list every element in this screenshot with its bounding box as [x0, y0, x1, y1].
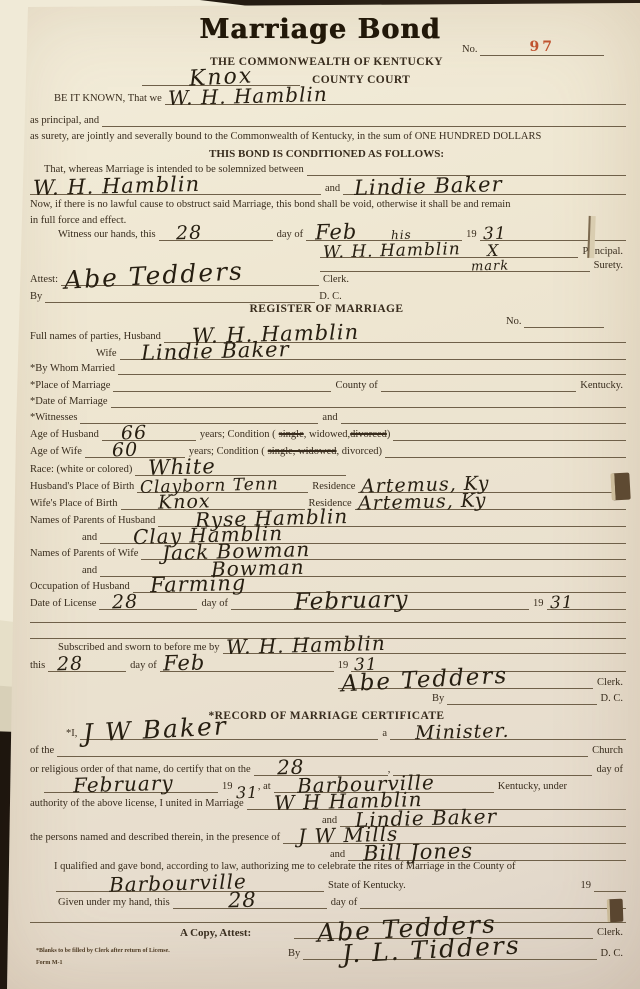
officiant-title-line: Minister.	[390, 726, 626, 740]
presence-row: the persons named and described therein,…	[30, 827, 626, 844]
marriage-bond-page: Marriage Bond No. 97 THE COMMONWEALTH OF…	[0, 0, 640, 989]
principal-name-line: W. H. Hamblin	[165, 90, 626, 105]
sworn-day-line: 28	[48, 658, 126, 672]
footnote-text: *Blanks to be filled by Clerk after retu…	[36, 947, 276, 955]
day-of-label: day of	[273, 229, 307, 241]
handwritten-witness-day: 28	[176, 230, 202, 237]
authority-row: authority of the above license, I united…	[30, 793, 626, 810]
qualified-county-line: Barbourville	[56, 877, 324, 892]
surety-clause-row: as surety, are jointly and severally bou…	[30, 128, 626, 143]
condition-wife-line	[385, 457, 626, 458]
i-label: *I,	[66, 728, 80, 740]
couple-names-row: W. H. Hamblin and Lindie Baker	[30, 178, 626, 195]
handwritten-x-mark: X	[487, 248, 500, 254]
handwritten-witness2: Bill Jones	[363, 848, 473, 857]
register-wife-line: Lindie Baker	[120, 345, 626, 360]
witness-year-line: 31	[480, 228, 626, 241]
church-row: of the Church	[30, 742, 626, 757]
county-court-row: Knox COUNTY COURT	[30, 68, 626, 86]
of-the-label: of the	[30, 745, 57, 757]
handwritten-clerk-signature: Abe Tedders	[64, 268, 244, 283]
condition-widowed-label: , widowed,	[304, 429, 350, 441]
form-number: Form M-1	[36, 959, 276, 967]
handwritten-principal-name: W. H. Hamblin	[168, 91, 328, 101]
husband-birth-row: Husband's Place of Birth Clayborn Tenn R…	[30, 476, 626, 493]
age-of-wife-label: Age of Wife	[30, 446, 85, 458]
bride-name-line: Lindie Baker	[343, 180, 626, 195]
at-label: , at	[258, 781, 274, 793]
handwritten-wife-birth: Knox	[157, 498, 210, 505]
register-by-label: By	[432, 693, 447, 705]
officiant-signature-line: J W Baker	[80, 724, 378, 740]
register-by-row: By D. C.	[30, 690, 626, 705]
principal-blank-line	[102, 126, 626, 127]
handwritten-witness-month: Feb	[315, 228, 357, 235]
attest-signature-line: Abe Tedders	[61, 270, 319, 286]
wife-label: Wife	[96, 348, 120, 360]
condition-husband-line	[393, 440, 626, 441]
scan-artifact-paper-sliver	[587, 216, 595, 258]
handwritten-witness1: J W Mills	[298, 831, 398, 840]
handwritten-county: Knox	[189, 73, 253, 82]
handwritten-race: White	[148, 463, 216, 471]
conditioned-heading: THIS BOND IS CONDITIONED AS FOLLOWS:	[209, 148, 447, 160]
date-of-marriage-line	[111, 407, 626, 408]
qualified-row: I qualified and gave bond, according to …	[30, 858, 626, 873]
and-label: and	[321, 183, 343, 195]
age-of-wife-row: Age of Wife 60 years; Condition (single,…	[30, 443, 626, 458]
handwritten-officiant-title: Minister.	[415, 728, 510, 736]
by-whom-married-row: *By Whom Married	[30, 360, 626, 375]
certify-day-of-label: day of	[592, 764, 626, 776]
qualified-text: I qualified and gave bond, according to …	[54, 861, 515, 873]
race-label: Race: (white or colored)	[30, 464, 135, 476]
date-of-marriage-label: *Date of Marriage	[30, 396, 111, 408]
by-whom-married-line	[118, 374, 626, 375]
handwritten-his: his	[391, 232, 412, 239]
officiant-row: *I, J W Baker a Minister.	[30, 722, 626, 740]
be-it-known-row: BE IT KNOWN, That we W. H. Hamblin	[30, 90, 626, 105]
attest-label: Attest:	[30, 274, 61, 286]
witnesses-line-1	[80, 423, 318, 424]
date-of-marriage-row: *Date of Marriage	[30, 393, 626, 408]
certificate-year-printed: 19	[218, 781, 236, 793]
church-line	[57, 756, 588, 757]
mother-husband-row: and Clay Hamblin	[30, 527, 626, 544]
wife-birth-label: Wife's Place of Birth	[30, 498, 121, 510]
handwritten-subscribed-name: W. H. Hamblin	[225, 640, 385, 650]
handwritten-occupation: Farming	[150, 580, 246, 589]
handwritten-officiant-name: J W Baker	[83, 723, 228, 737]
handwritten-sworn-year: 31	[354, 662, 378, 669]
race-row: Race: (white or colored) White	[30, 459, 626, 476]
county-of-line	[381, 391, 576, 392]
church-label: Church	[588, 745, 626, 757]
wife-residence-line: Artemus, Ky	[355, 496, 626, 510]
handwritten-wife-residence: Artemus, Ky	[358, 497, 487, 506]
commonwealth-row: THE COMMONWEALTH OF KENTUCKY	[30, 53, 626, 68]
full-names-row: Full names of parties, Husband W. H. Ham…	[30, 326, 626, 343]
wife-name-row: Wife Lindie Baker	[30, 343, 626, 360]
as-principal-row: as principal, and	[30, 112, 626, 127]
witnesses-line-2	[341, 423, 626, 424]
sworn-month-line: Feb	[160, 657, 334, 672]
mother-wife-row: and Bowman	[30, 560, 626, 577]
copy-attest-label: A Copy, Attest:	[180, 927, 254, 939]
handwritten-age-of-wife: 60	[112, 447, 138, 454]
handwritten-certify-day: 28	[277, 764, 305, 771]
parents-wife-label: Names of Parents of Wife	[30, 548, 141, 560]
handwritten-register-clerk-signature: Abe Tedders	[341, 673, 508, 688]
place-of-marriage-row: *Place of Marriage County of Kentucky.	[30, 377, 626, 392]
handwritten-given-day: 28	[228, 897, 257, 904]
register-clerk-signature-row: Abe Tedders Clerk.	[30, 671, 626, 689]
form-footnote: *Blanks to be filled by Clerk after retu…	[36, 947, 276, 967]
presence-label: the persons named and described therein,…	[30, 832, 283, 844]
divider-line-1	[30, 608, 626, 623]
age-of-husband-label: Age of Husband	[30, 429, 102, 441]
void-clause-text-1: Now, if there is no lawful cause to obst…	[30, 199, 510, 211]
witness-day-line: 28	[159, 227, 273, 241]
void-clause-row-1: Now, if there is no lawful cause to obst…	[30, 196, 626, 211]
parents-husband-row: Names of Parents of Husband Ryse Hamblin	[30, 510, 626, 527]
sworn-date-row: this 28 day of Feb 19 31	[30, 655, 626, 672]
be-it-known-label: BE IT KNOWN, That we	[54, 93, 165, 105]
register-heading: REGISTER OF MARRIAGE	[250, 303, 407, 315]
condition-single-struck: single	[279, 429, 304, 441]
given-day-line: 28	[173, 894, 327, 909]
witnesses-and-label: and	[318, 412, 340, 424]
scan-artifact-clip-top	[610, 473, 630, 501]
handwritten-groom-name: W. H. Hamblin	[33, 181, 200, 191]
copy-attest-row: A Copy, Attest: Abe Tedders Clerk.	[30, 920, 626, 939]
husband-birth-label: Husband's Place of Birth	[30, 481, 137, 493]
condition-open-label: years; Condition (	[196, 429, 279, 441]
handwritten-husband-residence: Artemus, Ky	[361, 480, 490, 489]
scan-artifact-clip-bottom	[607, 899, 624, 923]
as-principal-label: as principal, and	[30, 115, 102, 127]
handwritten-sworn-month: Feb	[163, 659, 205, 666]
given-year-printed: 19	[581, 880, 595, 892]
place-of-marriage-label: *Place of Marriage	[30, 380, 113, 392]
handwritten-license-day: 28	[112, 599, 138, 606]
handwritten-age-of-husband: 66	[121, 430, 147, 437]
residence-label-1: Residence	[308, 481, 358, 493]
a-label: a	[378, 728, 390, 740]
state-of-kentucky-label: State of Kentucky.	[324, 880, 409, 892]
surety-clause-text: as surety, are jointly and severally bou…	[30, 131, 541, 143]
handwritten-witness-year: 31	[483, 231, 507, 238]
authority-label: authority of the above license, I united…	[30, 798, 247, 810]
clerk-label: Clerk.	[319, 274, 352, 286]
certificate-heading: *RECORD OF MARRIAGE CERTIFICATE	[209, 710, 448, 722]
handwritten-license-year: 31	[549, 600, 573, 607]
year-printed-label: 19	[462, 229, 480, 241]
register-by-line	[447, 704, 596, 705]
copy-clerk-label: Clerk.	[593, 927, 626, 939]
kentucky-label: Kentucky.	[576, 380, 626, 392]
race-line: White	[135, 461, 346, 476]
handwritten-certificate-month: February	[73, 780, 174, 789]
witnesses-label: *Witnesses	[30, 412, 80, 424]
condition-divorced-struck: divorced	[350, 429, 387, 441]
handwritten-bride-name: Lindie Baker	[354, 181, 503, 191]
handwritten-license-month: February	[294, 597, 409, 606]
subscribed-name-line: W. H. Hamblin	[223, 639, 626, 654]
parents-wife-row: Names of Parents of Wife Jack Bowman	[30, 543, 626, 560]
subscribed-row: Subscribed and sworn to before me by W. …	[30, 637, 626, 654]
given-row: Given under my hand, this 28 day of	[30, 892, 626, 909]
by-whom-married-label: *By Whom Married	[30, 363, 118, 375]
handwritten-united-groom: W H Hamblin	[274, 796, 423, 806]
copy-by-label: By	[288, 948, 303, 960]
register-dc-label: D. C.	[597, 693, 626, 705]
attest-row: Attest: Abe Tedders Clerk.	[30, 268, 626, 286]
bond-number-value: 97	[529, 44, 554, 50]
register-clerk-label: Clerk.	[593, 677, 626, 689]
handwritten-register-wife: Lindie Baker	[141, 346, 290, 356]
principal-signature-row: W. H. HamblinX Principal.	[30, 241, 626, 258]
county-of-label: County of	[331, 380, 380, 392]
register-clerk-signature-line: Abe Tedders	[338, 674, 593, 689]
handwritten-principal-signature: W. H. Hamblin	[323, 246, 461, 256]
witness-hands-label: Witness our hands, this	[58, 229, 159, 241]
condition-divorced-label: , divorced)	[337, 446, 385, 458]
handwritten-deputy-signature: J. L. Tidders	[342, 942, 521, 957]
place-of-marriage-line	[113, 391, 331, 392]
copy-dc-label: D. C.	[597, 948, 626, 960]
groom-name-line: W. H. Hamblin	[30, 180, 321, 195]
certificate-month-line: February	[44, 778, 218, 793]
condition-single-widowed-struck: single, widowed	[268, 446, 337, 458]
handwritten-qualified-county: Barbourville	[109, 878, 247, 888]
qualified-county-row: Barbourville State of Kentucky. 19	[30, 875, 626, 892]
conditioned-heading-row: THIS BOND IS CONDITIONED AS FOLLOWS:	[30, 145, 626, 160]
witness-hands-row: Witness our hands, this 28 day of Febhis…	[30, 224, 626, 241]
witnesses-row: *Witnesses and	[30, 409, 626, 424]
handwritten-sworn-day: 28	[57, 661, 83, 668]
deputy-signature-line: J. L. Tidders	[303, 944, 596, 960]
kentucky-under-label: Kentucky, under	[494, 781, 570, 793]
